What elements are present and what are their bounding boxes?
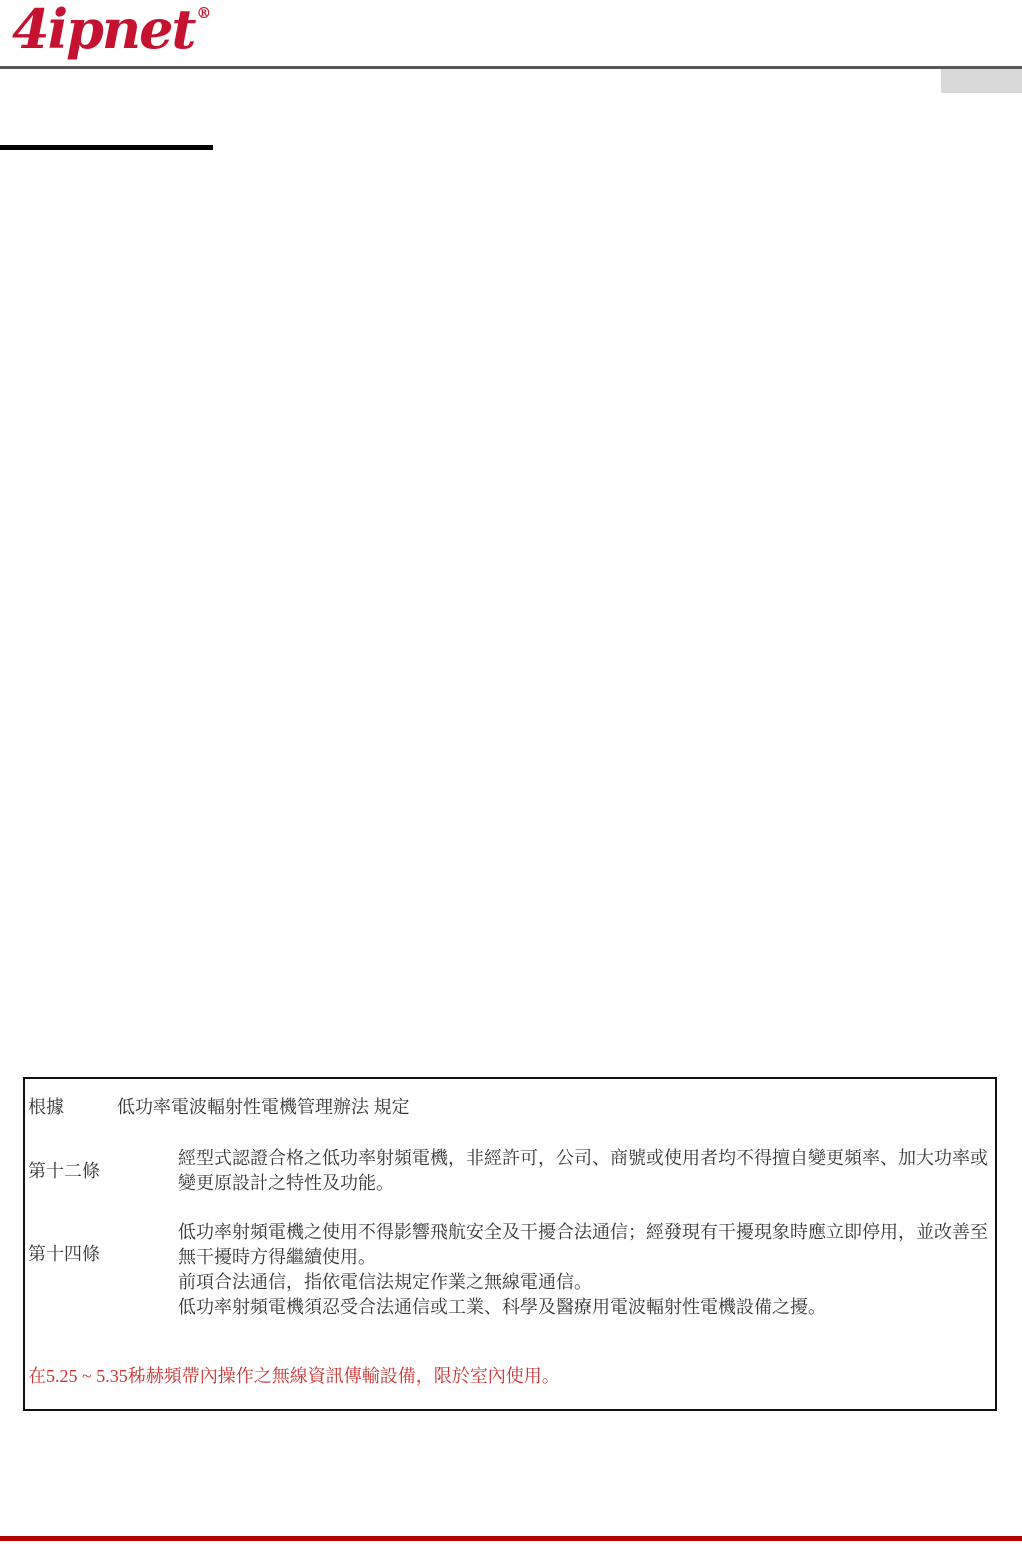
5ghz-indoor-use-warning: 在5.25 ~ 5.35秭赫頻帶內操作之無線資訊傳輸設備，限於室內使用。 <box>28 1364 995 1389</box>
footer-divider <box>0 1536 1022 1541</box>
regulation-name: 低功率電波輻射性電機管理辦法 規定 <box>117 1095 410 1120</box>
registered-trademark-icon: ® <box>196 4 211 22</box>
page-corner-tab <box>941 69 1022 93</box>
logo-wordmark: 4ipnet <box>12 0 194 61</box>
article-12-row: 第十二條 經型式認證合格之低功率射頻電機，非經許可，公司、商號或使用者均不得擅自… <box>28 1146 995 1196</box>
regulation-basis-row: 根據 低功率電波輻射性電機管理辦法 規定 <box>28 1095 995 1120</box>
article-14-label: 第十四條 <box>28 1220 178 1267</box>
article-12-text: 經型式認證合格之低功率射頻電機，非經許可，公司、商號或使用者均不得擅自變更頻率、… <box>178 1146 995 1196</box>
article-14-text: 低功率射頻電機之使用不得影響飛航安全及干擾合法通信；經發現有干擾現象時應立即停用… <box>178 1220 995 1320</box>
ncc-regulation-table: 根據 低功率電波輻射性電機管理辦法 規定 第十二條 經型式認證合格之低功率射頻電… <box>23 1077 997 1411</box>
header-divider <box>0 66 1022 69</box>
4ipnet-logo: 4ipnet® <box>12 0 211 58</box>
manual-page: 4ipnet® 根據 低功率電波輻射性電機管理辦法 規定 第十二條 經型式認證合… <box>0 0 1022 1545</box>
article-14-line-4: 低功率射頻電機須忍受合法通信或工業、科學及醫療用電波輻射性電機設備之擾。 <box>178 1295 995 1320</box>
article-14-line-2: 無干擾時方得繼續使用。 <box>178 1245 995 1270</box>
section-heading-underline <box>0 145 213 150</box>
article-12-line-2: 變更原設計之特性及功能。 <box>178 1171 995 1196</box>
article-14-line-1: 低功率射頻電機之使用不得影響飛航安全及干擾合法通信；經發現有干擾現象時應立即停用… <box>178 1220 995 1245</box>
article-14-line-3: 前項合法通信，指依電信法規定作業之無線電通信。 <box>178 1270 995 1295</box>
article-14-row: 第十四條 低功率射頻電機之使用不得影響飛航安全及干擾合法通信；經發現有干擾現象時… <box>28 1220 995 1320</box>
article-12-line-1: 經型式認證合格之低功率射頻電機，非經許可，公司、商號或使用者均不得擅自變更頻率、… <box>178 1146 995 1171</box>
basis-label: 根據 <box>28 1095 117 1120</box>
article-12-label: 第十二條 <box>28 1159 178 1184</box>
